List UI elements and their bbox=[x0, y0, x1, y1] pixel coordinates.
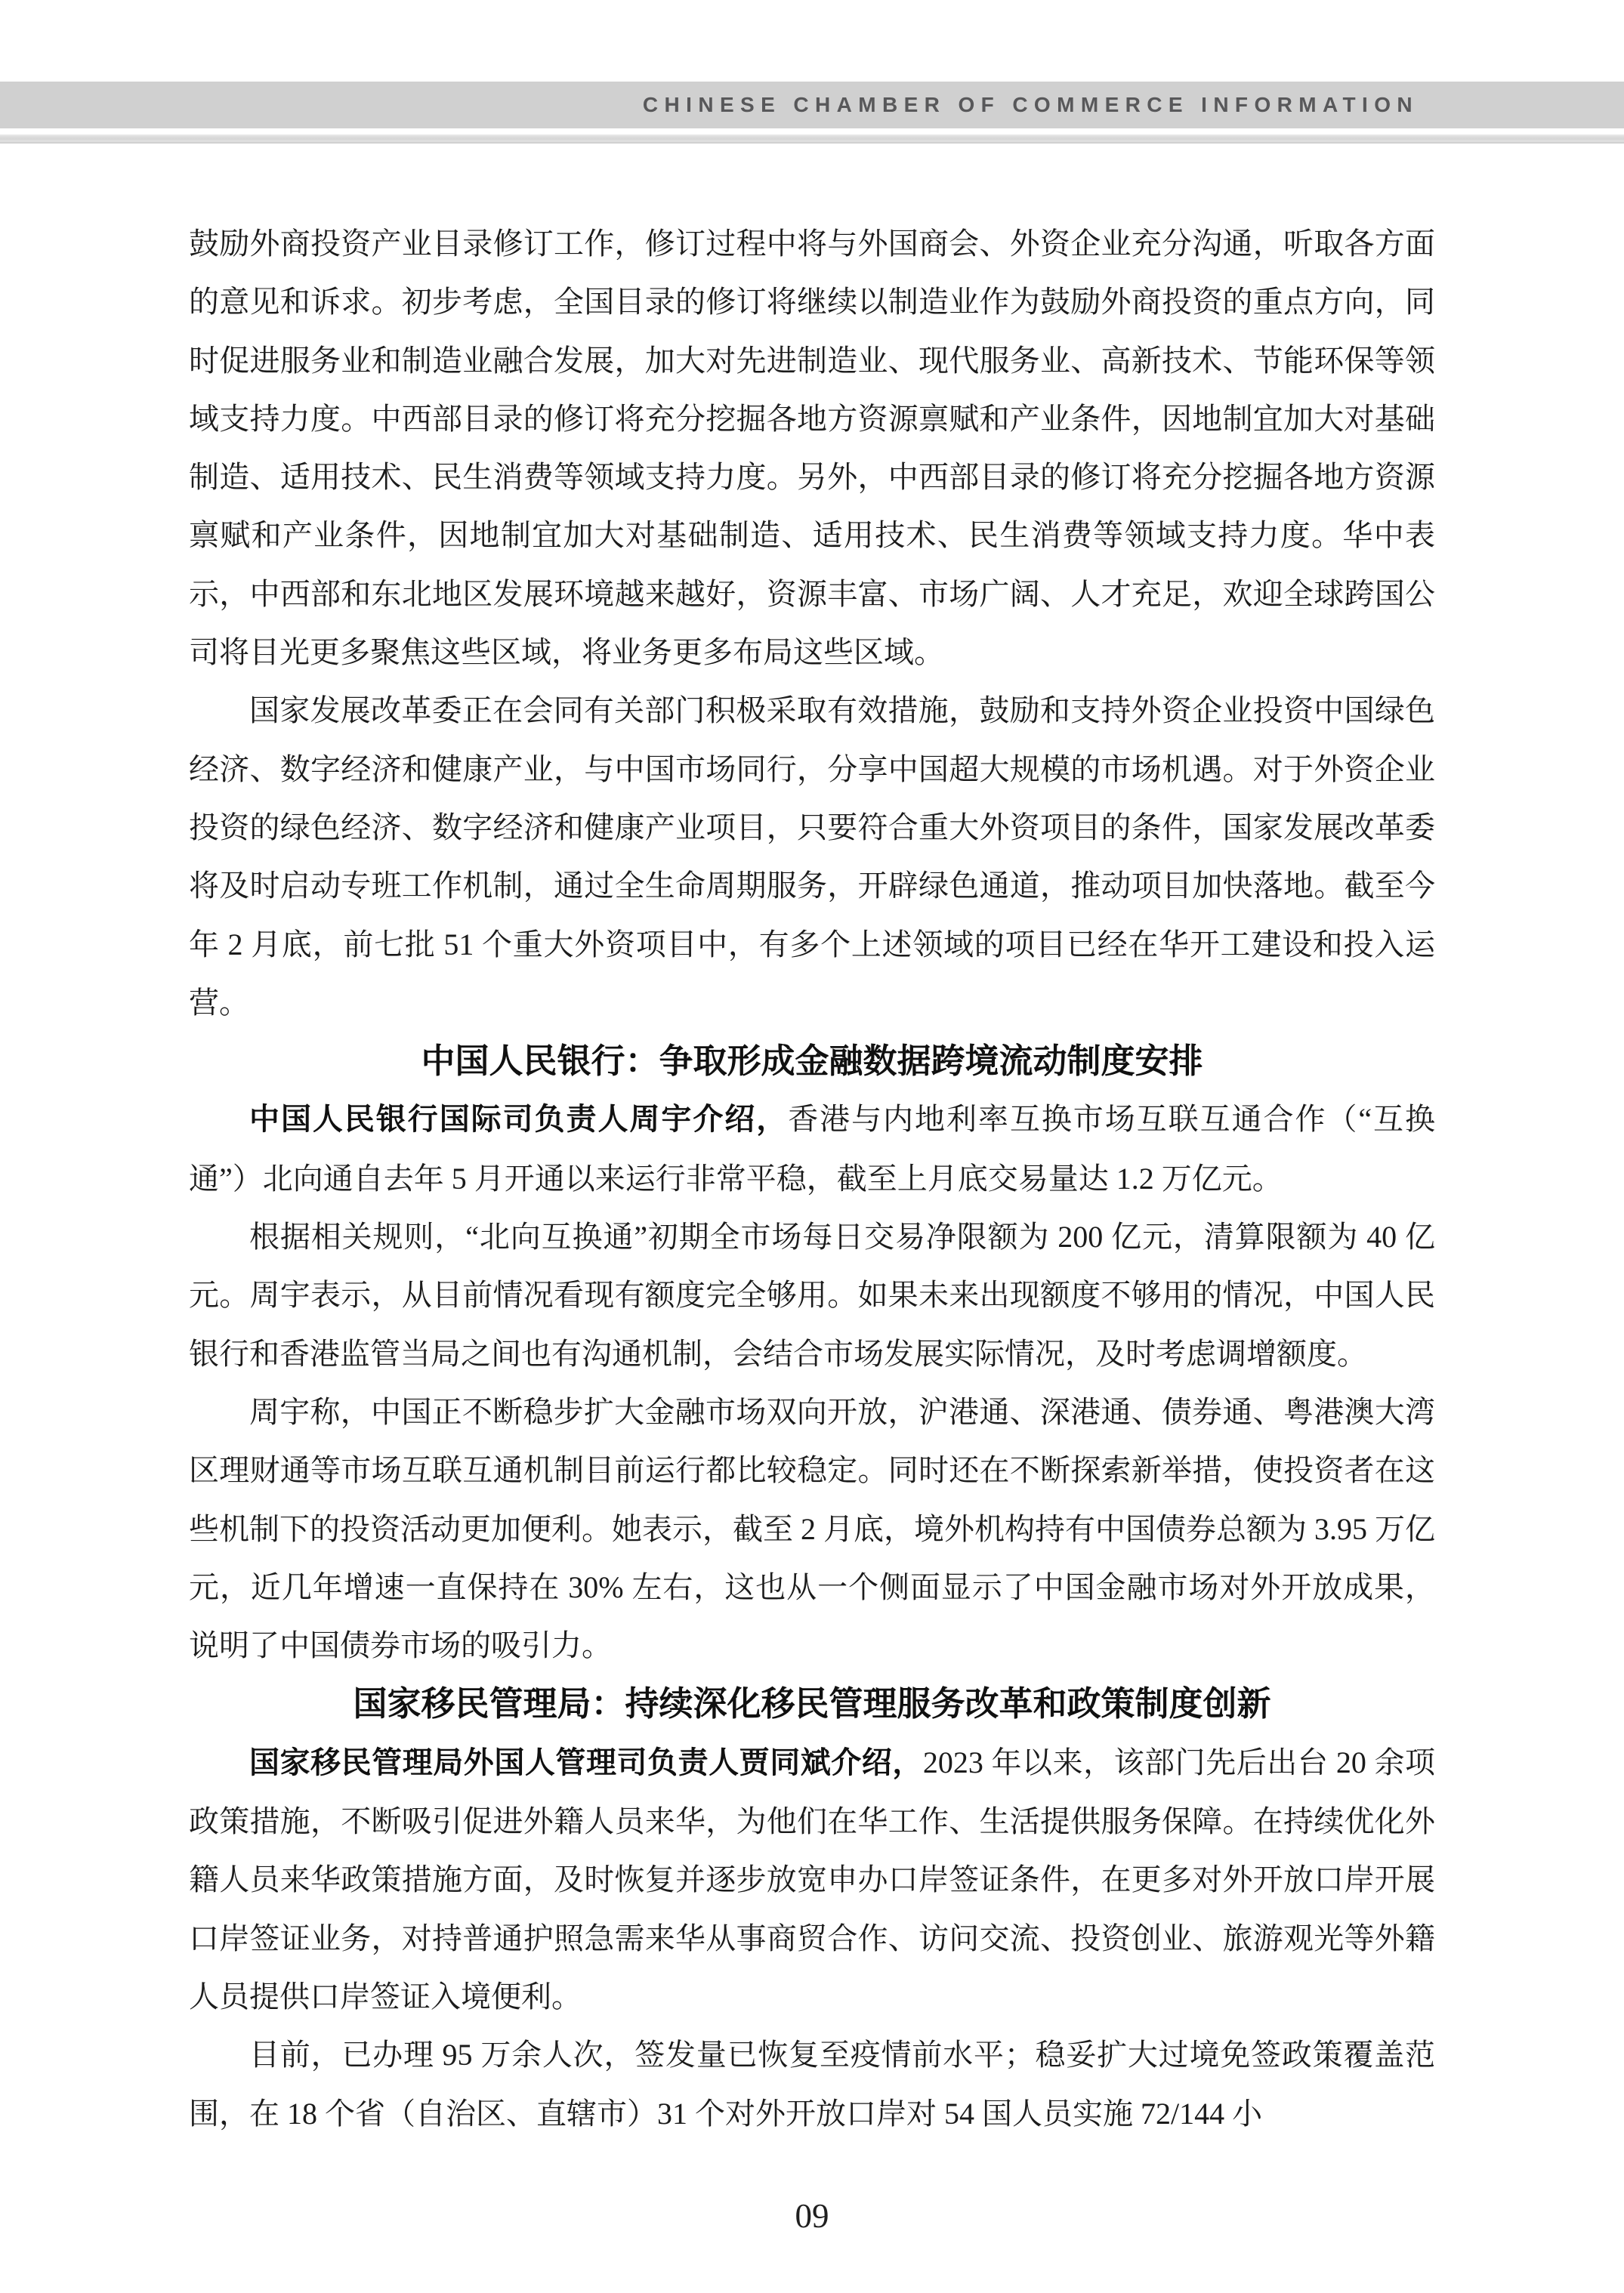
body-paragraph-pboc-swap-connect: 中国人民银行国际司负责人周宇介绍，香港与内地利率互换市场互联互通合作（“互换通”… bbox=[189, 1090, 1435, 1208]
body-paragraph-market-opening: 周宇称，中国正不断稳步扩大金融市场双向开放，沪港通、深港通、债券通、粤港澳大湾区… bbox=[189, 1383, 1435, 1674]
section-heading-pboc: 中国人民银行：争取形成金融数据跨境流动制度安排 bbox=[189, 1032, 1435, 1090]
body-paragraph-quota-rules: 根据相关规则，“北向互换通”初期全市场每日交易净限额为 200 亿元，清算限额为… bbox=[189, 1208, 1435, 1383]
section-heading-immigration: 国家移民管理局：持续深化移民管理服务改革和政策制度创新 bbox=[189, 1674, 1435, 1733]
document-page: CHINESE CHAMBER OF COMMERCE INFORMATION … bbox=[0, 0, 1624, 2293]
paragraph-text: 2023 年以来，该部门先后出台 20 余项政策措施，不断吸引促进外籍人员来华，… bbox=[189, 1745, 1435, 2014]
document-body: 鼓励外商投资产业目录修订工作，修订过程中将与外国商会、外资企业充分沟通，听取各方… bbox=[189, 214, 1435, 2143]
banner-title: CHINESE CHAMBER OF COMMERCE INFORMATION bbox=[643, 82, 1419, 128]
bold-lead-pboc-spokesperson: 中国人民银行国际司负责人周宇介绍， bbox=[249, 1103, 788, 1136]
body-paragraph-immigration-policies: 国家移民管理局外国人管理司负责人贾同斌介绍，2023 年以来，该部门先后出台 2… bbox=[189, 1733, 1435, 2026]
body-paragraph-visa-statistics: 目前，已办理 95 万余人次，签发量已恢复至疫情前水平；稳妥扩大过境免签政策覆盖… bbox=[189, 2026, 1435, 2143]
page-number: 09 bbox=[0, 2196, 1624, 2236]
header-divider-strip bbox=[0, 134, 1624, 144]
bold-lead-immigration-spokesperson: 国家移民管理局外国人管理司负责人贾同斌介绍， bbox=[249, 1746, 923, 1779]
body-paragraph-catalogue-revision: 鼓励外商投资产业目录修订工作，修订过程中将与外国商会、外资企业充分沟通，听取各方… bbox=[189, 214, 1435, 681]
body-paragraph-ndrc-measures: 国家发展改革委正在会同有关部门积极采取有效措施，鼓励和支持外资企业投资中国绿色经… bbox=[189, 681, 1435, 1032]
header-banner: CHINESE CHAMBER OF COMMERCE INFORMATION bbox=[0, 82, 1624, 128]
